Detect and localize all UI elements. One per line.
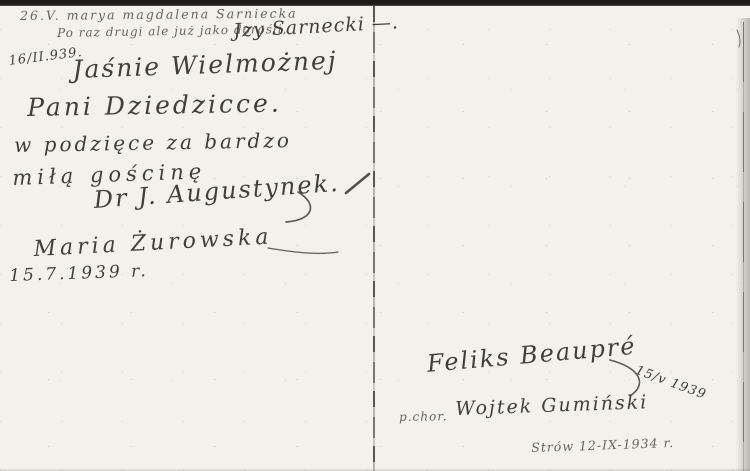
guest-name: Maria Żurowska (33, 225, 273, 261)
page-right-edge-line (743, 22, 744, 471)
officer-name: Feliks Beaupré (426, 334, 637, 377)
officer2-name: Wojtek Gumiński (455, 393, 649, 420)
left-page: 26.V. marya magdalena Sarniecka Po raz d… (0, 0, 374, 471)
officer-rank: p.chor. (399, 410, 448, 423)
dedication-line-3: w podzięce za bardzo (14, 130, 292, 156)
dedication-line-1: Jaśnie Wielmożnej (72, 48, 338, 83)
page-fold-line (373, 6, 375, 471)
dedication-line-2: Pani Dziedzicce. (27, 91, 282, 122)
guest-date: 15.7.1939 r. (9, 263, 149, 286)
place-date: Strów 12-IX-1934 r. (531, 436, 674, 454)
scanned-guestbook-spread: 26.V. marya magdalena Sarniecka Po raz d… (0, 0, 750, 471)
right-page: Feliks Beaupré 15/v 1939 p.chor. Wojtek … (374, 0, 750, 471)
